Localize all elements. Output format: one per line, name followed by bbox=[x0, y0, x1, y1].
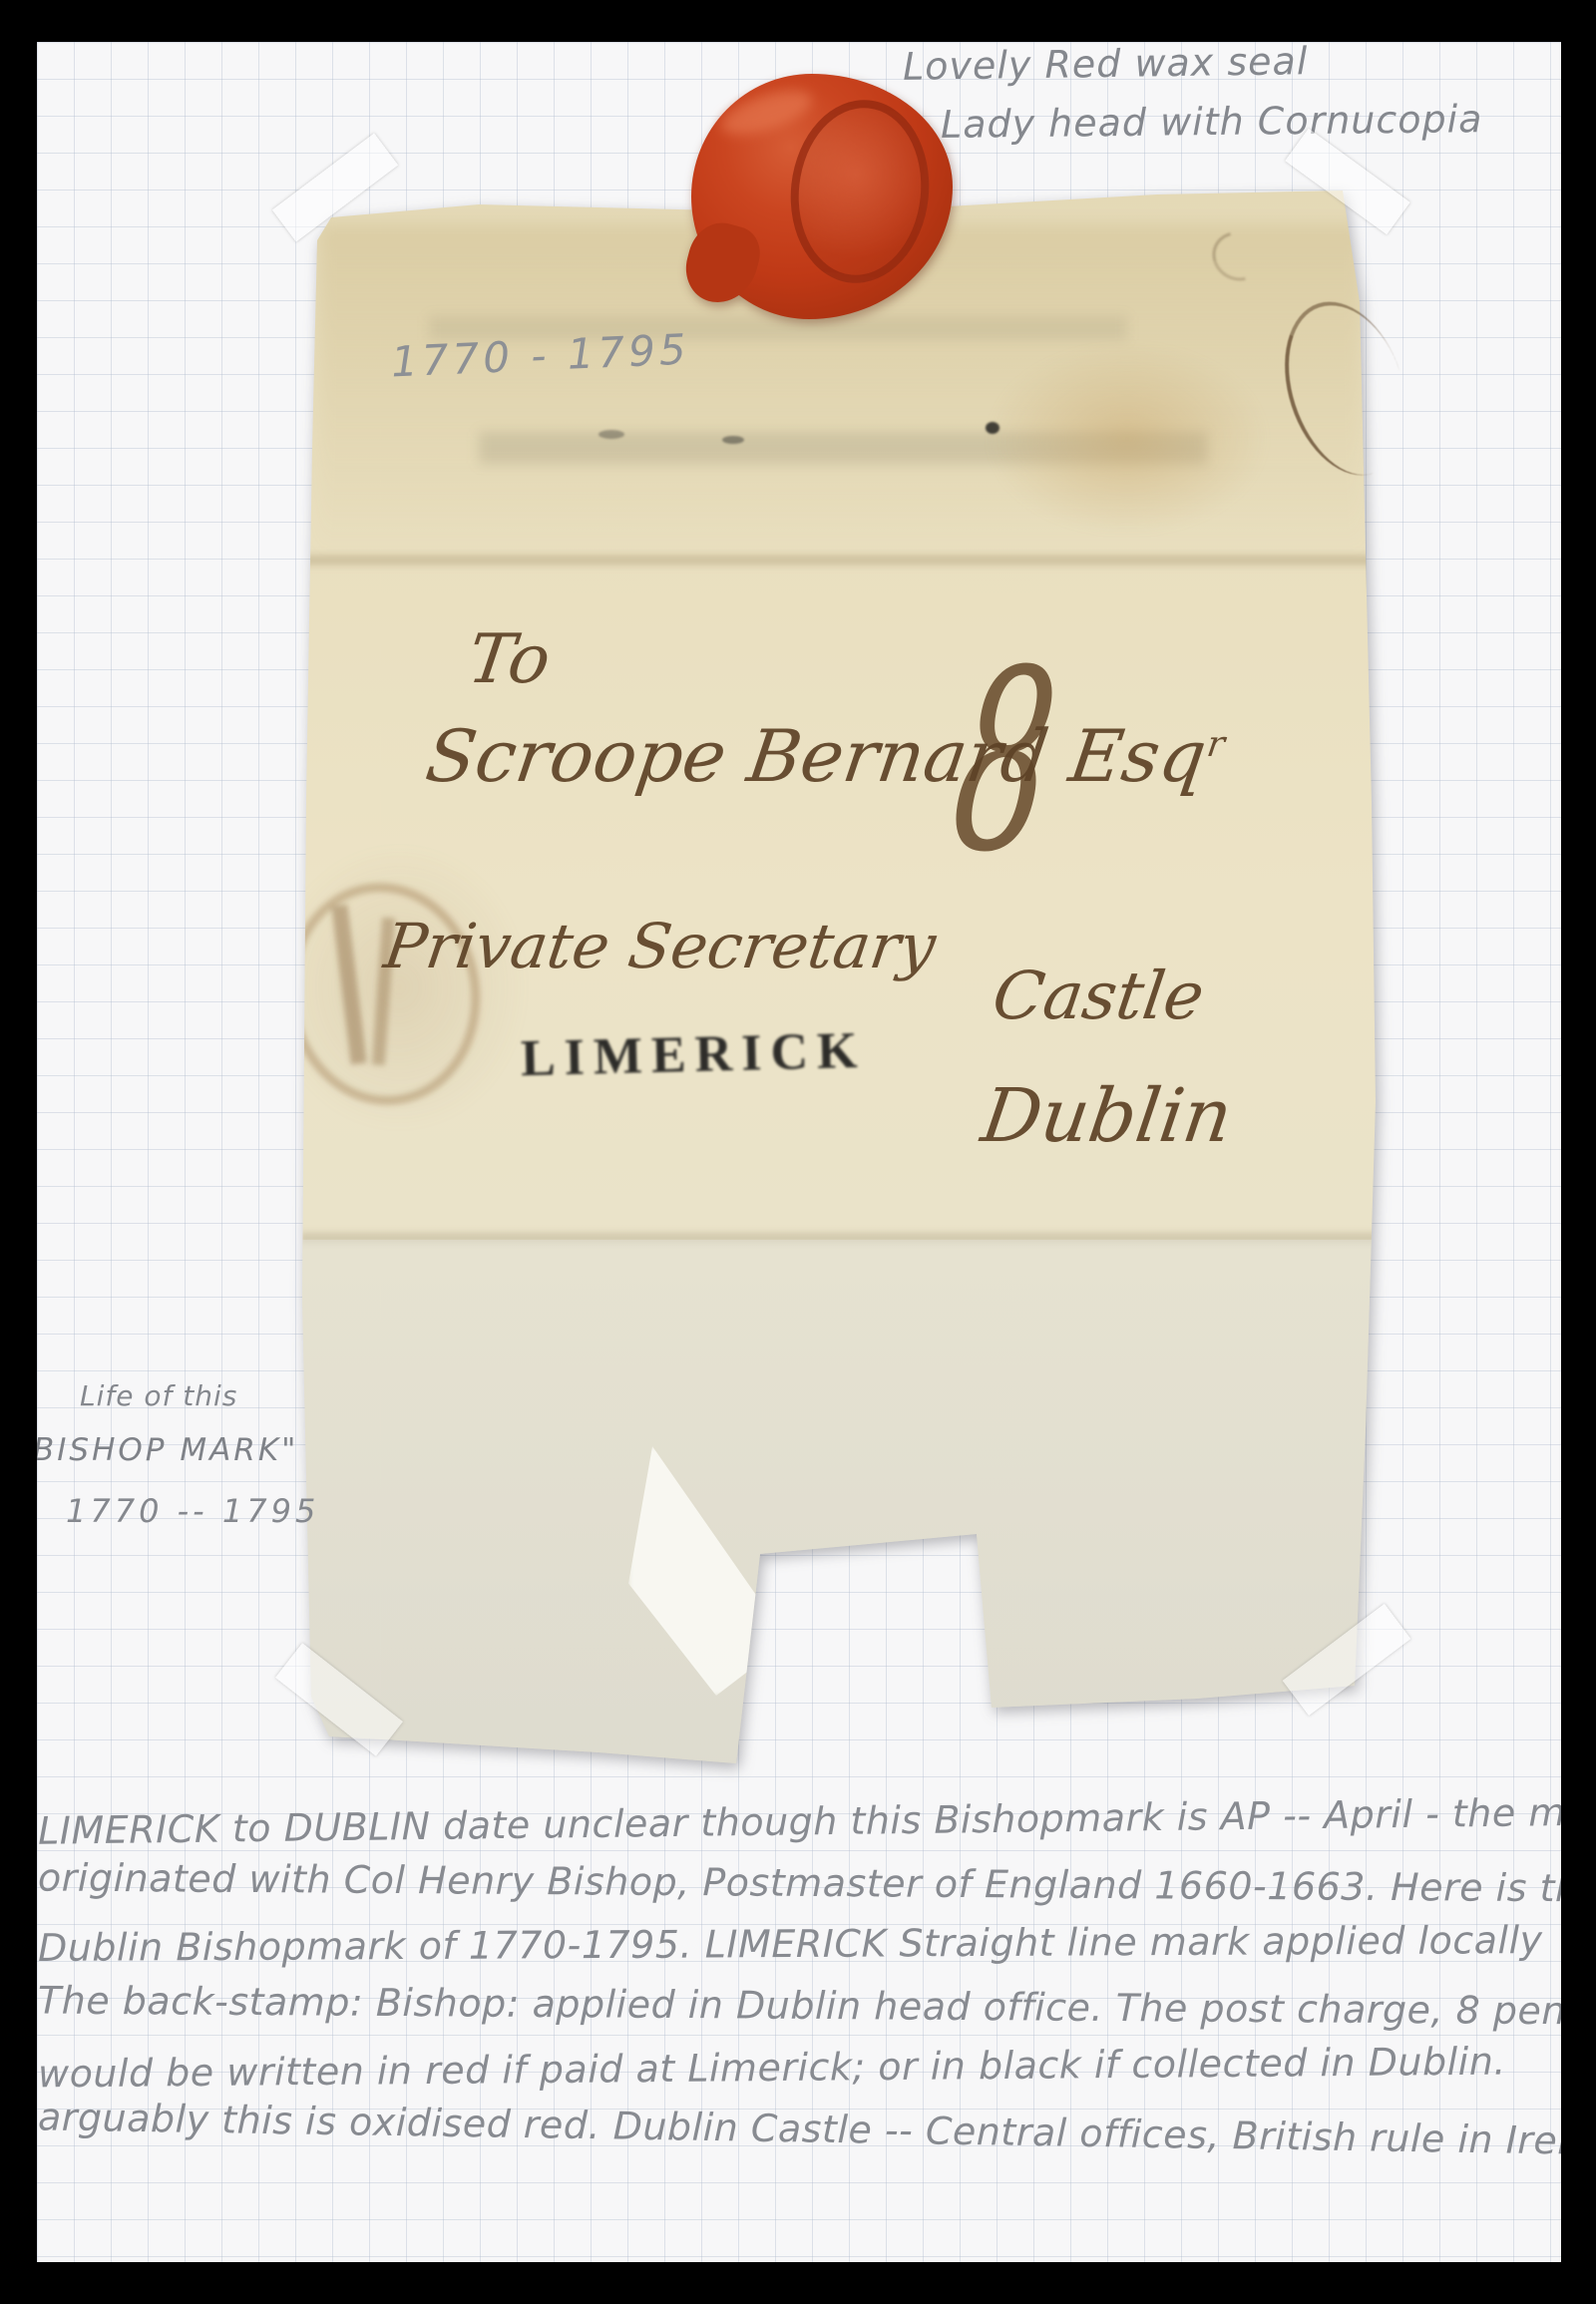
photo-border-left bbox=[0, 0, 37, 2304]
ink-smudge bbox=[722, 436, 744, 444]
album-photo: 1770 - 1795 To Scroope Bernard Esqr 8 Pr… bbox=[0, 0, 1596, 2304]
address-line-secretary: Private Secretary bbox=[380, 910, 941, 982]
photo-border-bottom bbox=[0, 2262, 1596, 2304]
address-name: Scroope Bernard Esqr bbox=[421, 714, 1229, 798]
lower-flap-shading bbox=[299, 1240, 1382, 1780]
red-wax-seal bbox=[691, 74, 953, 319]
fold-crease bbox=[299, 556, 1382, 565]
note-bishopmark-line1: Life of this bbox=[80, 1379, 237, 1412]
photo-border-top bbox=[0, 0, 1596, 42]
limerick-straight-line-postmark: LIMERICK bbox=[520, 1021, 867, 1088]
address-line-castle: Castle bbox=[989, 958, 1209, 1034]
aging-stain bbox=[988, 344, 1267, 534]
photo-border-right bbox=[1561, 0, 1596, 2304]
note-wax-seal-line2: Lady head with Cornucopia bbox=[941, 97, 1483, 147]
address-to: To bbox=[463, 620, 555, 699]
ink-smudge bbox=[598, 430, 624, 439]
address-line-dublin: Dublin bbox=[977, 1073, 1237, 1159]
postal-cover bbox=[299, 185, 1382, 1780]
cover-paper bbox=[299, 185, 1382, 1780]
address-name-text: Scroope Bernard Esq bbox=[421, 714, 1211, 798]
caption-line: Dublin Bishopmark of 1770-1795. LIMERICK… bbox=[38, 1918, 1543, 1970]
note-bishopmark-line2: BISHOP MARK" bbox=[33, 1432, 298, 1468]
note-wax-seal-line1: Lovely Red wax seal bbox=[903, 39, 1309, 89]
note-bishopmark-line3: 1770 -- 1795 bbox=[66, 1492, 319, 1530]
